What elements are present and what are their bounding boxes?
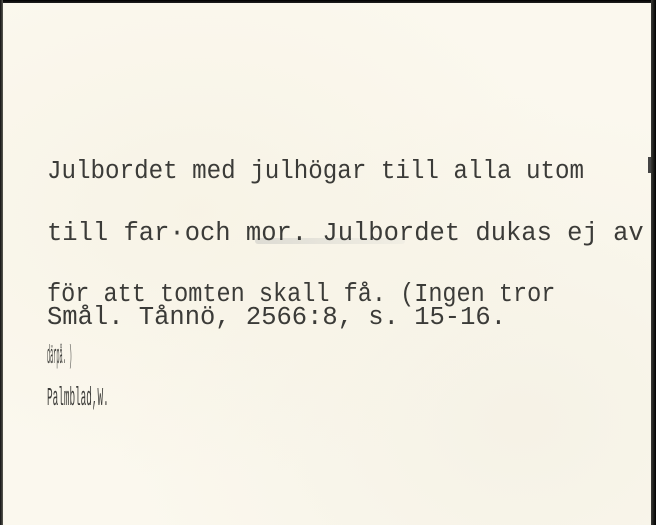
scan-edge-right <box>651 0 656 525</box>
note-line-2: till far·och mor. Julbordet dukas ej av <box>47 224 644 245</box>
scan-edge-left <box>0 0 3 525</box>
note-line-1: Julbordet med julhögar till alla utom <box>47 162 613 183</box>
source-reference: Smål. Tånnö, 2566:8, s. 15-16. <box>47 304 506 331</box>
recorder-name: Palmblad,W. <box>47 385 215 412</box>
card-reference: Smål. Tånnö, 2566:8, s. 15-16. Palmblad,… <box>47 250 506 439</box>
margin-mark <box>648 157 651 173</box>
